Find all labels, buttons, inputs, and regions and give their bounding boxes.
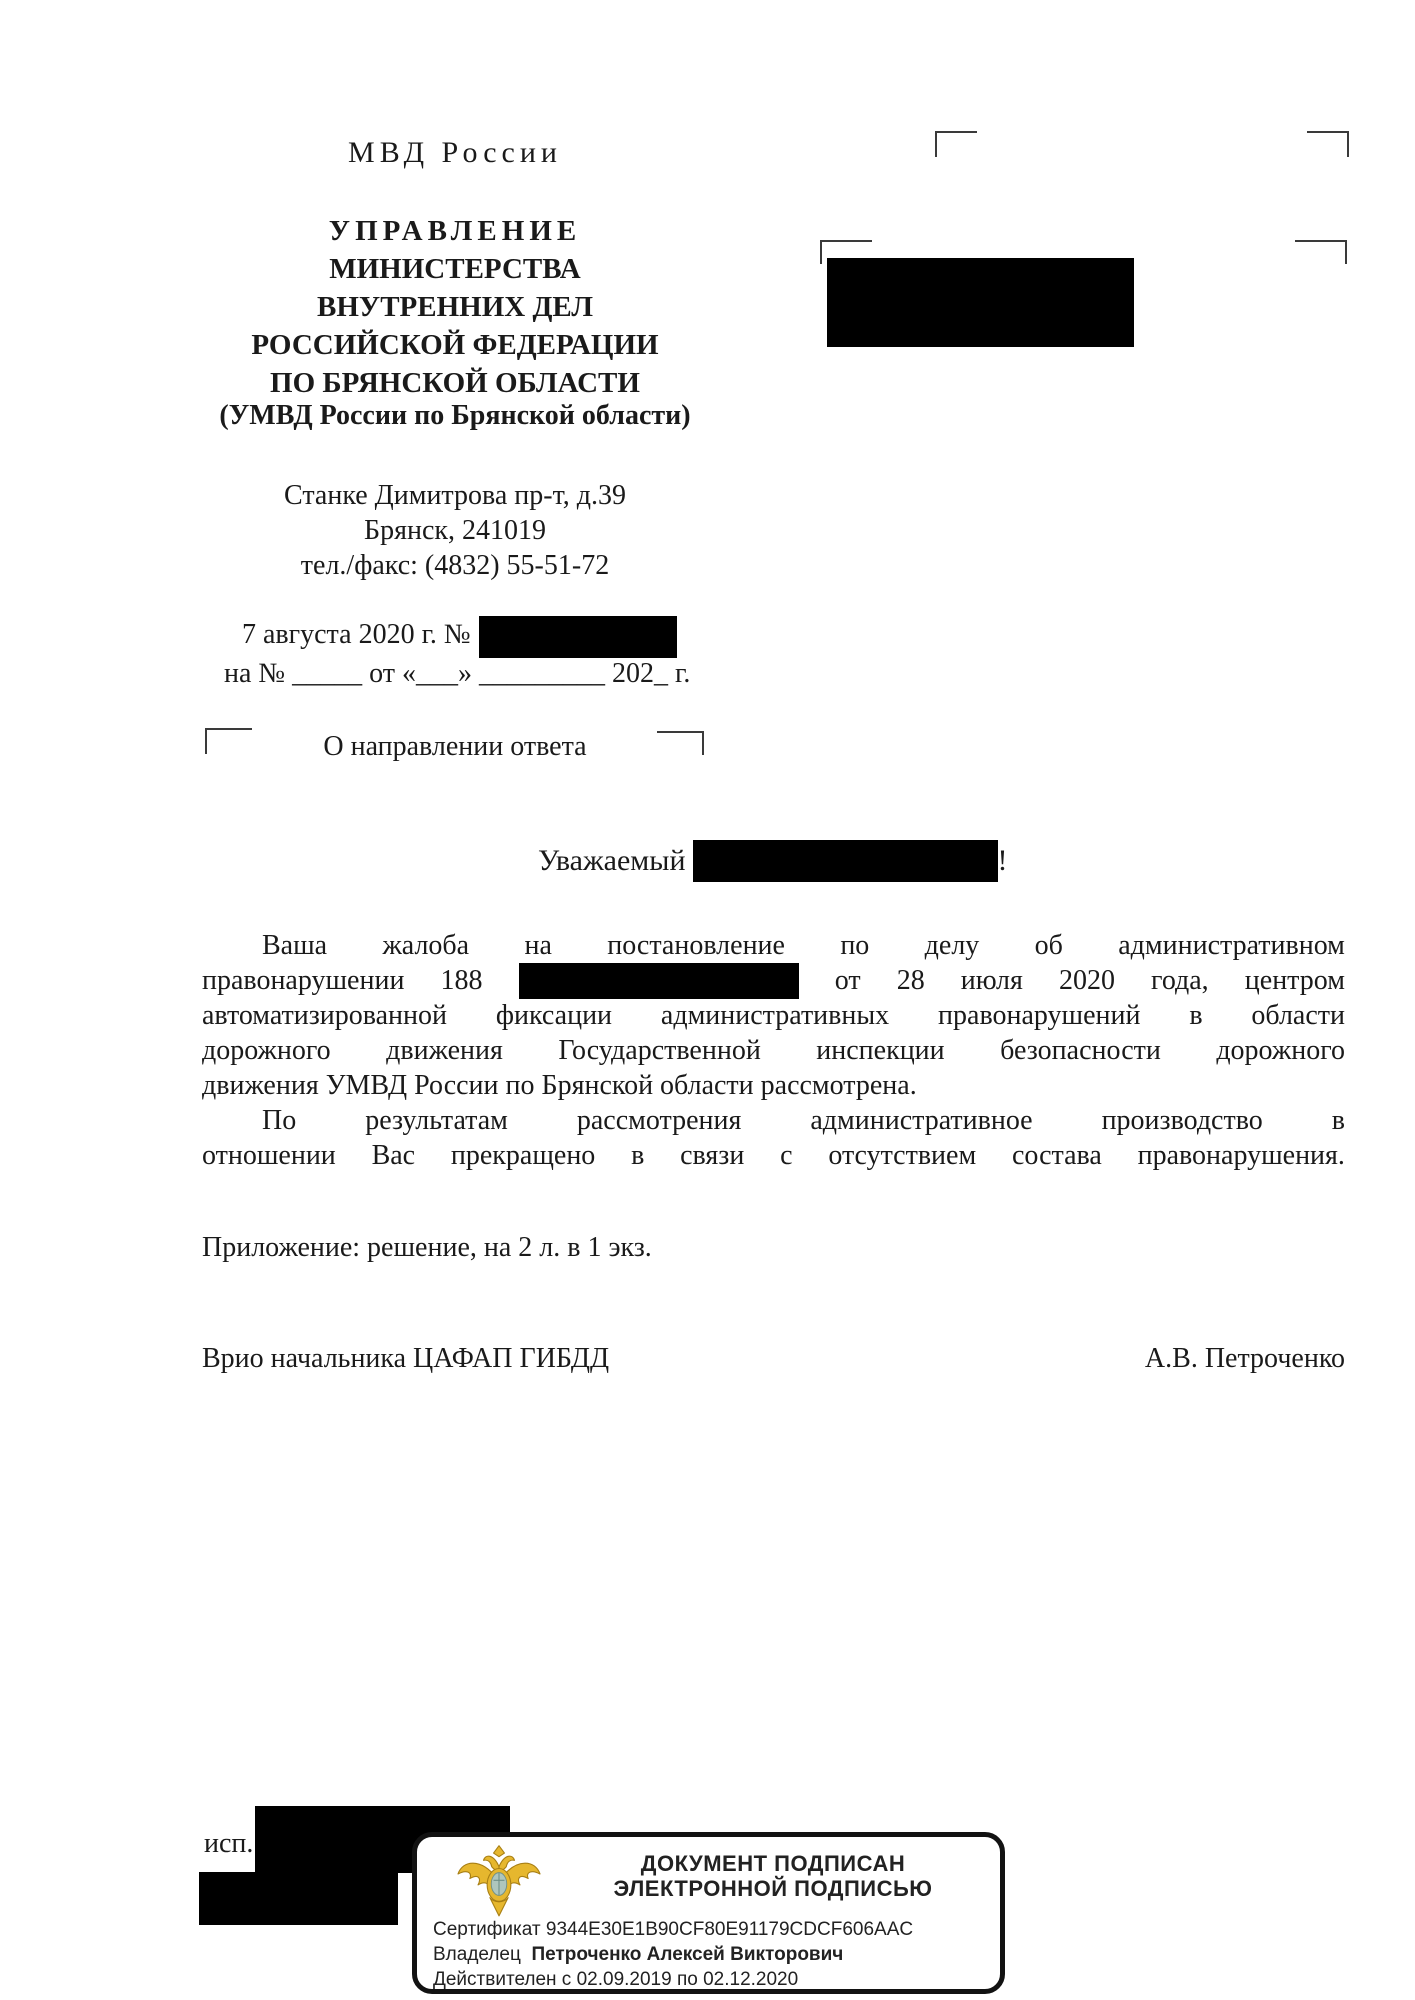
corner-mark-recipient2-top-right (1295, 240, 1347, 264)
signer-name: А.В. Петроченко (1145, 1343, 1345, 1375)
salutation-prefix: Уважаемый (538, 844, 686, 878)
ministry-name: МВД России (150, 136, 760, 170)
paragraph-1-line-2: правонарушении188от28июля2020года,центро… (202, 963, 1345, 998)
stamp-title: ДОКУМЕНТ ПОДПИСАН ЭЛЕКТРОННОЙ ПОДПИСЬЮ (555, 1851, 991, 1901)
document-page: МВД России УПРАВЛЕНИЕМИНИСТЕРСТВАВНУТРЕН… (0, 0, 1415, 2000)
organization-name-line-3: ВНУТРЕННИХ ДЕЛ (150, 288, 760, 326)
address-line-3: тел./факс: (4832) 55-51-72 (150, 548, 760, 583)
body-inline-redaction (519, 963, 799, 999)
attachment-line: Приложение: решение, на 2 л. в 1 экз. (202, 1232, 652, 1264)
signature-row: Врио начальника ЦАФАП ГИБДД А.В. Петроче… (202, 1343, 1345, 1375)
recipient-name-redaction (693, 840, 998, 882)
stamp-certificate-line: Сертификат 9344E30E1B90CF80E91179CDCF606… (433, 1917, 913, 1942)
stamp-title-line2: ЭЛЕКТРОННОЙ ПОДПИСЬЮ (555, 1876, 991, 1901)
signer-position: Врио начальника ЦАФАП ГИБДД (202, 1343, 609, 1375)
paragraph-1-line-4: дорожногодвиженияГосударственнойинспекци… (202, 1033, 1345, 1068)
paragraph-1-line-1: Вашажалобанапостановлениеподелуобадминис… (202, 928, 1345, 963)
corner-mark-recipient-top-left (935, 131, 977, 157)
stamp-title-line1: ДОКУМЕНТ ПОДПИСАН (555, 1851, 991, 1876)
date-and-number-line: 7 августа 2020 г. № (242, 619, 471, 651)
paragraph-1-line-3: автоматизированнойфиксацииадминистративн… (202, 998, 1345, 1033)
organization-name-line-1: УПРАВЛЕНИЕ (150, 212, 760, 250)
organization-name-line-4: РОССИЙСКОЙ ФЕДЕРАЦИИ (150, 326, 760, 364)
paragraph-2-line-1: Порезультатамрассмотренияадминистративно… (202, 1103, 1345, 1138)
mvd-emblem-icon (453, 1843, 545, 1925)
reference-line: на № _____ от «___» _________ 202_ г. (224, 658, 690, 690)
salutation-suffix: ! (998, 844, 1008, 878)
executor-label: исп. (204, 1828, 253, 1860)
stamp-info: Сертификат 9344E30E1B90CF80E91179CDCF606… (433, 1917, 913, 1992)
address-line-1: Станке Димитрова пр-т, д.39 (150, 478, 760, 513)
subject-line: О направлении ответа (150, 731, 760, 763)
address-line-2: Брянск, 241019 (150, 513, 760, 548)
organization-name: УПРАВЛЕНИЕМИНИСТЕРСТВАВНУТРЕННИХ ДЕЛРОСС… (150, 212, 760, 402)
organization-name-line-5: ПО БРЯНСКОЙ ОБЛАСТИ (150, 364, 760, 402)
paragraph-1-line-5: движения УМВД России по Брянской области… (202, 1068, 1345, 1103)
stamp-owner-line: Владелец Петроченко Алексей Викторович (433, 1942, 913, 1967)
executor-redaction-bottom (199, 1872, 398, 1925)
stamp-validity-line: Действителен с 02.09.2019 по 02.12.2020 (433, 1967, 913, 1992)
outgoing-number-redaction (479, 616, 677, 658)
organization-address: Станке Димитрова пр-т, д.39Брянск, 24101… (150, 478, 760, 583)
organization-name-line-2: МИНИСТЕРСТВА (150, 250, 760, 288)
corner-mark-recipient-top-right (1307, 131, 1349, 157)
paragraph-2-line-2: отношенииВаспрекращеновсвязисотсутствием… (202, 1138, 1345, 1173)
salutation-line: Уважаемый ! (538, 840, 1008, 882)
letter-body: Вашажалобанапостановлениеподелуобадминис… (202, 928, 1345, 1173)
recipient-block-redaction (827, 258, 1134, 347)
organization-short-name: (УМВД России по Брянской области) (150, 400, 760, 432)
electronic-signature-stamp: ДОКУМЕНТ ПОДПИСАН ЭЛЕКТРОННОЙ ПОДПИСЬЮ С… (412, 1832, 1005, 1994)
